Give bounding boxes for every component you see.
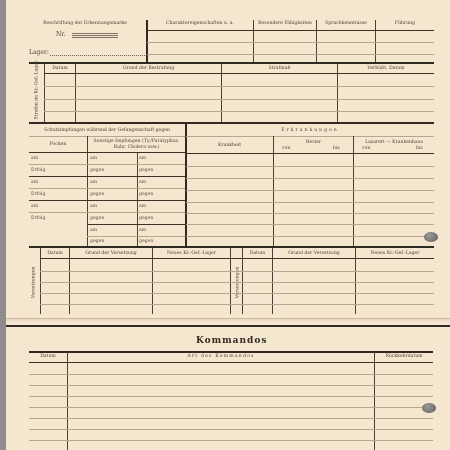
from-label: von <box>282 146 290 151</box>
rule <box>44 86 434 87</box>
divider <box>374 352 375 450</box>
col-character: Charaktereigenschaften u. a. <box>148 21 252 26</box>
rule <box>186 190 434 191</box>
rule <box>29 200 185 201</box>
rule <box>44 99 434 100</box>
rule <box>40 282 434 283</box>
col-kommando-type: Art des Kommandos <box>68 354 374 359</box>
camp-field[interactable] <box>50 55 145 56</box>
rule <box>186 178 434 179</box>
col-reason: Grund der Bestrafung <box>76 66 221 71</box>
section-rule <box>29 122 434 124</box>
col-sentence: Strafmaß <box>222 66 337 71</box>
col-new-camp: Neues Kr.-Gef.-Lager <box>153 251 230 256</box>
vacc-cell: am <box>90 228 97 233</box>
divider <box>67 352 68 450</box>
rule <box>29 385 433 386</box>
vacc-cell: am <box>139 228 146 233</box>
vacc-cell: am <box>31 204 38 209</box>
page-edge-rule <box>6 325 450 327</box>
col-date: Datum <box>41 251 69 256</box>
col-return-date: Rückkehrdatum <box>375 354 433 359</box>
rule <box>186 213 434 214</box>
rule <box>44 111 434 112</box>
rule <box>40 293 434 294</box>
divider <box>137 152 138 246</box>
col-new-camp: Neues Kr.-Gef.-Lager <box>356 251 434 256</box>
col-date: Datum <box>29 354 67 359</box>
vacc-cell: am <box>90 180 97 185</box>
col-served: Verbüßt, Datum <box>338 66 434 71</box>
rule <box>186 153 434 154</box>
col-transfer-reason: Grund der Versetzung <box>273 251 355 256</box>
rule <box>186 224 434 225</box>
punch-hole <box>424 232 438 242</box>
vacc-cell: am <box>139 180 146 185</box>
punishments-side-label: Strafen im Kr.-Gef.-Lager <box>35 70 40 120</box>
punch-hole <box>422 403 436 413</box>
rule <box>29 136 185 137</box>
kommandos-title: Kommandos <box>196 336 267 346</box>
rule <box>40 304 434 305</box>
vacc-cell: am <box>139 204 146 209</box>
vacc-cell: am <box>139 156 146 161</box>
col-date: Datum <box>45 66 75 71</box>
vacc-cell: gegen <box>139 168 153 173</box>
col-abilities: Besondere Fähigkeiten <box>254 21 316 26</box>
col-date: Datum <box>243 251 272 256</box>
rule <box>29 396 433 397</box>
vacc-cell: am <box>90 156 97 161</box>
rule <box>29 374 433 375</box>
col-other-vaccinations: Sonstige Impfungen (Ty./Paratyphus, Ruhr… <box>88 139 185 150</box>
rule <box>147 30 434 31</box>
col-languages: Sprachkenntnisse <box>317 21 375 26</box>
rule <box>186 236 434 237</box>
rule <box>29 418 433 419</box>
rule <box>44 73 434 74</box>
vacc-cell: gegen <box>90 239 104 244</box>
rule <box>29 152 185 153</box>
rule <box>40 271 434 272</box>
col-sickbay: Revier <box>274 140 353 145</box>
vacc-cell: gegen <box>139 239 153 244</box>
rule <box>87 224 185 225</box>
rule <box>29 212 185 213</box>
page-fold <box>6 318 450 324</box>
rule <box>29 429 433 430</box>
transfers-side-label: Versetzungen <box>32 263 37 303</box>
rule <box>29 188 185 189</box>
to-label: bis <box>333 146 340 151</box>
vaccinations-title: Schutzimpfungen während der Gefangenscha… <box>29 128 185 133</box>
vacc-cell: gegen <box>139 216 153 221</box>
vacc-cell: gegen <box>90 192 104 197</box>
vacc-cell: am <box>90 204 97 209</box>
rule <box>29 407 433 408</box>
vacc-cell: gegen <box>139 192 153 197</box>
vacc-cell: Erfolg <box>31 192 45 197</box>
vacc-cell: Erfolg <box>31 216 45 221</box>
rule <box>40 258 434 259</box>
rule <box>147 54 434 55</box>
nr-label: Nr. <box>56 32 65 37</box>
rule <box>186 136 434 137</box>
col-smallpox: Pocken <box>29 142 87 147</box>
col-conduct: Führung <box>376 21 434 26</box>
section-rule <box>29 62 434 64</box>
rule <box>29 176 185 177</box>
section-rule <box>29 351 433 353</box>
to-label: bis <box>416 146 423 151</box>
section-rule <box>29 246 434 248</box>
vacc-cell: am <box>31 156 38 161</box>
col-transfer-reason: Grund der Versetzung <box>70 251 152 256</box>
from-label: von <box>362 146 370 151</box>
tag-label: Beschriftung der Erkennungsmarke <box>30 21 140 26</box>
col-illness: Krankheit <box>186 143 273 148</box>
vacc-cell: am <box>31 180 38 185</box>
rule <box>147 42 434 43</box>
nr-value-field[interactable] <box>72 33 118 39</box>
rule <box>87 236 185 237</box>
illnesses-title: Erkrankungen <box>186 128 434 133</box>
vacc-cell: gegen <box>90 168 104 173</box>
camp-label: Lager: <box>29 50 49 55</box>
col-hospital: Lazarett — Krankenhaus <box>354 140 434 145</box>
rule <box>29 164 185 165</box>
rule <box>29 440 433 441</box>
rule <box>29 362 433 363</box>
vacc-cell: Erfolg <box>31 168 45 173</box>
rule <box>186 202 434 203</box>
rule <box>186 166 434 167</box>
vacc-cell: gegen <box>90 216 104 221</box>
